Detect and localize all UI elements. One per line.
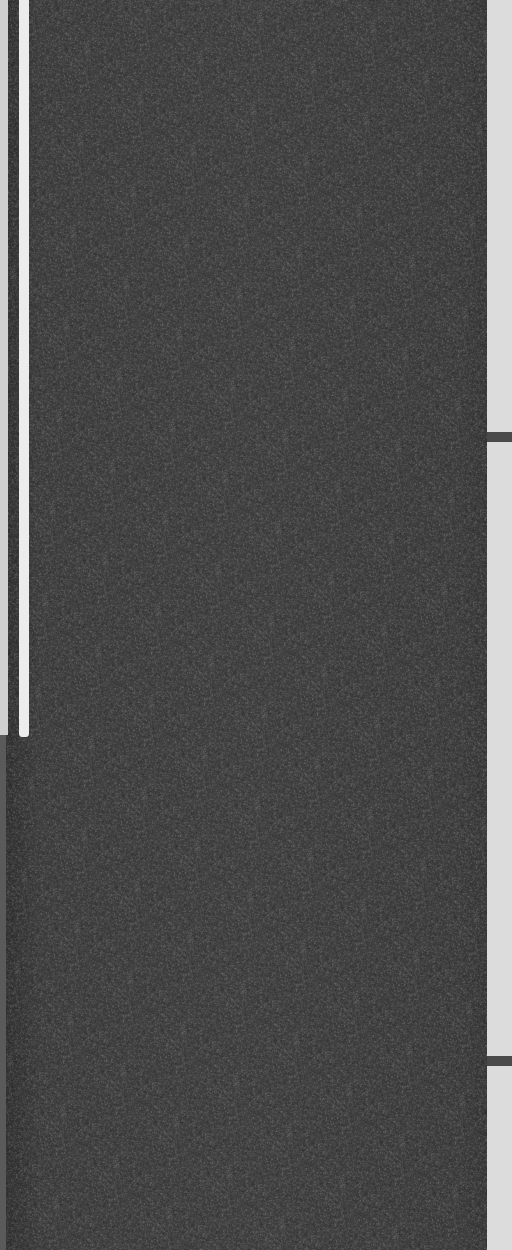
curb-joint [487,1056,512,1066]
left-road-edge [0,0,8,735]
left-road-edge-lower [0,735,6,1250]
asphalt-texture [0,0,512,1250]
curb-joint [487,432,512,442]
road-scene [0,0,512,1250]
lane-marking [19,0,29,737]
